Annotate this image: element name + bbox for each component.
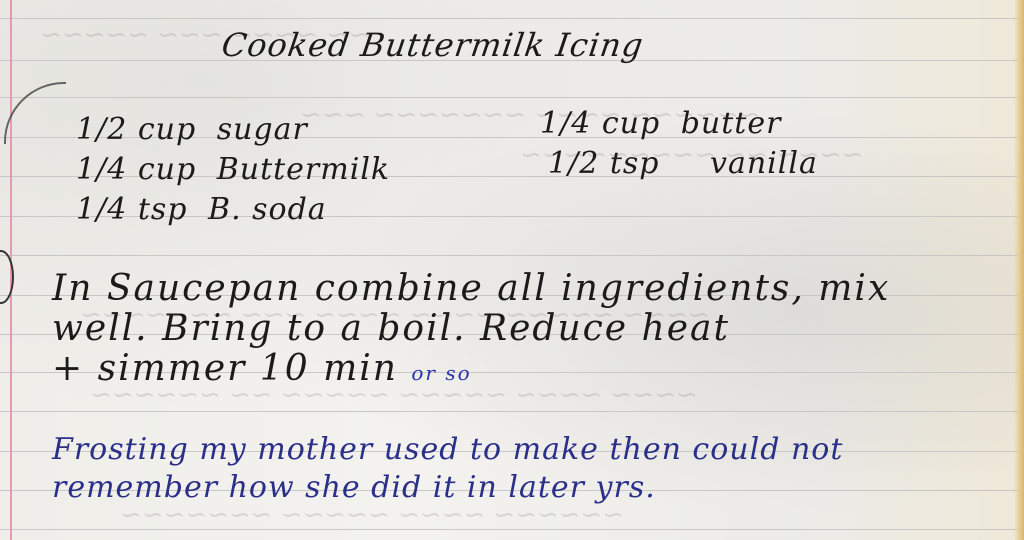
aged-paper-edge: [1014, 0, 1024, 540]
ingredient-line: 1/4 tsp B. soda: [76, 192, 327, 227]
ingredient-item: butter: [681, 106, 782, 141]
ingredient-item: B. soda: [208, 192, 327, 227]
ingredient-qty: 1/4 cup: [540, 106, 660, 141]
instruction-text: + simmer 10 min: [52, 348, 398, 389]
ingredient-item: Buttermilk: [217, 152, 390, 187]
margin-pencil-curve: [4, 82, 66, 144]
ingredient-qty: 1/4 cup: [76, 152, 196, 187]
ingredient-item: vanilla: [710, 146, 818, 181]
ruled-line: [0, 255, 1024, 256]
ingredient-line: 1/2 cup sugar: [76, 112, 308, 147]
instruction-addendum: or so: [411, 361, 471, 385]
recipe-title: Cooked Buttermilk Icing: [219, 26, 646, 64]
note-line: remember how she did it in later yrs.: [52, 470, 656, 505]
ruled-line: [0, 97, 1024, 98]
instruction-line: well. Bring to a boil. Reduce heat: [52, 308, 730, 349]
ruled-line: [0, 411, 1024, 412]
ingredient-qty: 1/2 tsp: [548, 146, 659, 181]
note-line: Frosting my mother used to make then cou…: [52, 432, 843, 467]
ingredient-qty: 1/4 tsp: [76, 192, 187, 227]
ingredient-qty: 1/2 cup: [76, 112, 196, 147]
ingredient-line: 1/4 cup butter: [540, 106, 781, 141]
ingredient-line: 1/4 cup Buttermilk: [76, 152, 390, 187]
instruction-line: In Saucepan combine all ingredients, mix: [52, 268, 890, 309]
instruction-line: + simmer 10 min or so: [52, 348, 472, 389]
recipe-page: ~~ ~~~~ ~~~ ~~~~~ ~~~~~~ ~~~~ ~~~~~~~ ~~…: [0, 0, 1024, 540]
ingredient-line: 1/2 tsp vanilla: [548, 146, 818, 181]
ruled-line: [0, 18, 1024, 19]
ingredient-item: sugar: [217, 112, 308, 147]
